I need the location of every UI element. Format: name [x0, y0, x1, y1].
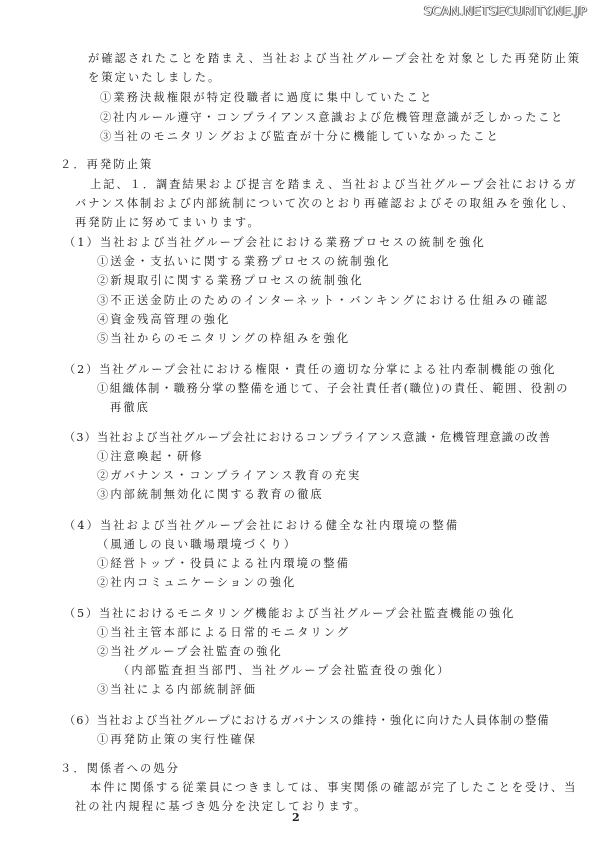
measure-5-item-2-note: （内部監査担当部門、当社グループ会社監査役の強化） — [118, 664, 451, 678]
section-2-body-line-2: バナンス体制および内部統制について次のとおり再確認およびその取組みを強化し、 — [75, 197, 575, 211]
cause-item-2: ②社内ルール遵守・コンプライアンス意識および危機管理意識が乏しかったこと — [100, 111, 564, 125]
measure-5-item-1: ①当社主管本部による日常的モニタリング — [97, 626, 350, 640]
measure-6-item-1: ①再発防止策の実行性確保 — [97, 733, 257, 747]
measure-3-item-3: ③内部統制無効化に関する教育の徹底 — [97, 488, 324, 502]
site-watermark: SCAN.NETSECURITY.NE.JP — [424, 3, 587, 18]
section-2-heading: ２．再発防止策 — [60, 158, 153, 172]
measure-3-title: （3）当社および当社グループ会社におけるコンプライアンス意識・危機管理意識の改善 — [64, 431, 551, 445]
cause-item-3: ③当社のモニタリングおよび監査が十分に機能していなかったこと — [100, 130, 500, 144]
measure-5-item-2: ②当社グループ会社監査の強化 — [97, 645, 283, 659]
measure-4-subtitle: （風通しの良い職場環境づくり） — [97, 538, 297, 552]
measure-3-item-1: ①注意喚起・研修 — [97, 450, 204, 464]
cause-item-1: ①業務決裁権限が特定役職者に過度に集中していたこと — [100, 91, 433, 105]
intro-line-2: を策定いたしました。 — [88, 71, 221, 85]
measure-2-title: （2）当社グループ会社における権限・責任の適切な分掌による社内牽制機能の強化 — [64, 363, 556, 377]
measure-2-item-1-cont: 再徹底 — [110, 401, 150, 415]
measure-4-item-1: ①経営トップ・役員による社内環境の整備 — [97, 557, 350, 571]
measure-3-item-2: ②ガバナンス・コンプライアンス教育の充実 — [97, 469, 361, 483]
measure-1-item-5: ⑤当社からのモニタリングの枠組みを強化 — [97, 332, 350, 346]
measure-1-item-4: ④資金残高管理の強化 — [97, 313, 230, 327]
measure-5-item-3: ③当社による内部統制評価 — [97, 683, 257, 697]
measure-6-title: （6）当社および当社グループにおけるガバナンスの維持・強化に向けた人員体制の整備 — [64, 714, 550, 728]
measure-1-item-3: ③不正送金防止のためのインターネット・バンキングにおける仕組みの確認 — [97, 294, 549, 308]
section-3-body-line-1: 本件に関係する従業員につきましては、事実関係の確認が完了したことを受け、当 — [90, 781, 577, 795]
measure-1-title: （1）当社および当社グループ会社における業務プロセスの統制を強化 — [64, 236, 486, 250]
section-2-body-line-1: 上記、１．調査結果および提言を踏まえ、当社および当社グループ会社におけるガ — [90, 178, 578, 192]
section-3-heading: ３．関係者への処分 — [60, 762, 180, 776]
measure-5-title: （5）当社におけるモニタリング機能および当社グループ会社監査機能の強化 — [64, 607, 515, 621]
intro-line-1: が確認されたことを踏まえ、当社および当社グループ会社を対象とした再発防止策 — [88, 52, 581, 66]
measure-4-title: （4）当社および当社グループ会社における健全な社内環境の整備 — [64, 519, 459, 533]
section-3-body-line-2: 社の社内規程に基づき処分を決定しております。 — [75, 800, 368, 814]
measure-1-item-2: ②新規取引に関する業務プロセスの統制強化 — [97, 274, 364, 288]
page-number: 2 — [292, 811, 300, 824]
section-2-body-line-3: 再発防止に努めてまいります。 — [75, 216, 261, 230]
measure-1-item-1: ①送金・支払いに関する業務プロセスの統制強化 — [97, 255, 390, 269]
measure-2-item-1: ①組織体制・職務分掌の整備を通じて、子会社責任者(職位)の責任、範囲、役割の — [97, 382, 569, 396]
measure-4-item-2: ②社内コミュニケーションの強化 — [97, 576, 296, 590]
